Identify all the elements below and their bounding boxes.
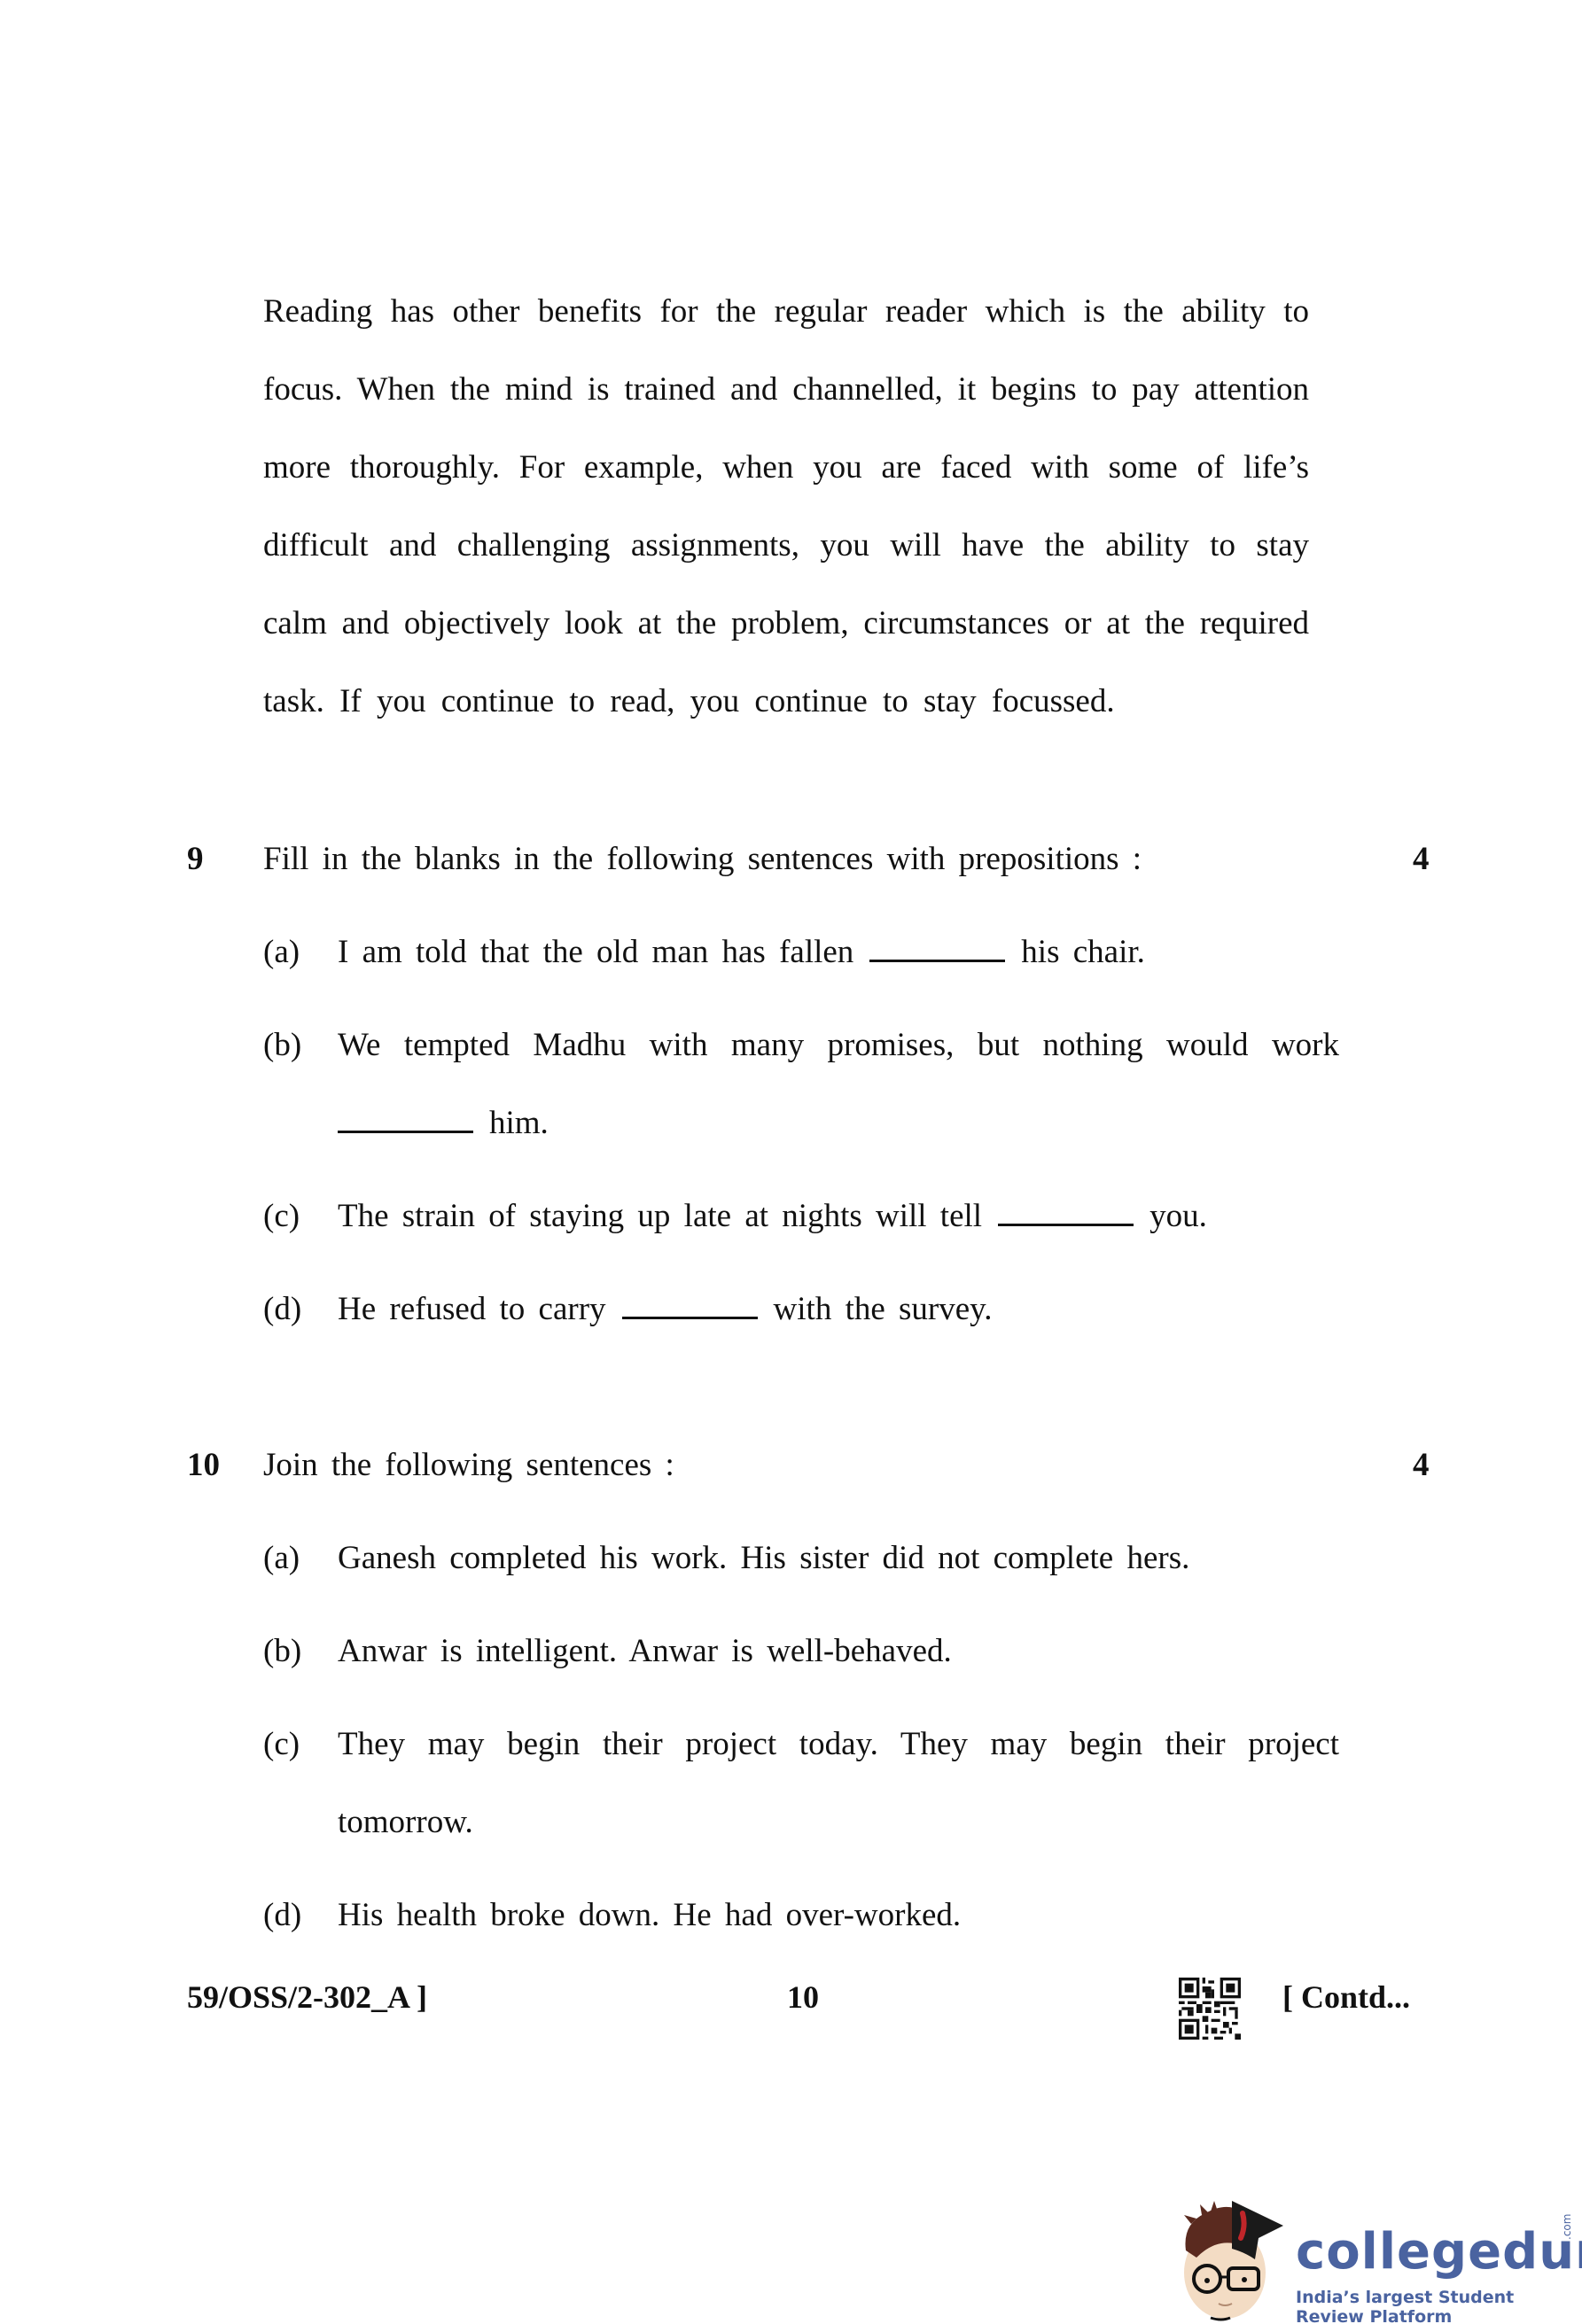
item-label: (a) <box>263 933 300 972</box>
fill-blank-item: We tempted Madhu with many promises, but… <box>338 1026 1339 1065</box>
join-sentence-item-continued: tomorrow. <box>338 1803 473 1842</box>
blank-line[interactable] <box>622 1316 758 1319</box>
item-label: (c) <box>263 1197 300 1236</box>
item-text-after: you. <box>1149 1198 1207 1234</box>
passage-line: focus. When the mind is trained and chan… <box>263 370 1309 409</box>
question-prompt: Join the following sentences : <box>263 1446 674 1485</box>
question-number: 9 <box>187 840 204 879</box>
continued-marker: [ Contd... <box>1282 1978 1410 2017</box>
paper-code: 59/OSS/2-302_A ] <box>187 1978 427 2017</box>
item-label: (d) <box>263 1290 301 1329</box>
item-text-after: him. <box>489 1105 549 1141</box>
qr-code-icon <box>1179 1978 1241 2040</box>
passage-line: difficult and challenging assignments, y… <box>263 526 1309 565</box>
item-text-after: his chair. <box>1021 934 1145 970</box>
page-number: 10 <box>787 1978 819 2017</box>
fill-blank-item: He refused to carrywith the survey. <box>338 1290 993 1329</box>
item-text-before: He refused to carry <box>338 1291 606 1327</box>
item-label: (c) <box>263 1725 300 1764</box>
blank-line[interactable] <box>338 1130 473 1133</box>
question-marks: 4 <box>1413 840 1430 879</box>
item-text-after: with the survey. <box>774 1291 993 1327</box>
join-sentence-item: Anwar is intelligent. Anwar is well-beha… <box>338 1632 952 1671</box>
fill-blank-item-continued: him. <box>338 1104 549 1143</box>
blank-line[interactable] <box>869 959 1005 962</box>
student-mascot-icon <box>1170 2188 1294 2321</box>
item-label: (d) <box>263 1896 301 1935</box>
brand-suffix: .com <box>1562 2214 1572 2240</box>
question-number: 10 <box>187 1446 220 1485</box>
brand-tagline: India’s largest Student Review Platform <box>1296 2288 1578 2324</box>
fill-blank-item: The strain of staying up late at nights … <box>338 1197 1207 1236</box>
question-prompt: Fill in the blanks in the following sent… <box>263 840 1142 879</box>
fill-blank-item: I am told that the old man has fallenhis… <box>338 933 1145 972</box>
join-sentence-item: Ganesh completed his work. His sister di… <box>338 1539 1189 1578</box>
join-sentence-item: They may begin their project today. They… <box>338 1725 1339 1764</box>
passage-line: calm and objectively look at the problem… <box>263 604 1309 643</box>
question-marks: 4 <box>1413 1446 1430 1485</box>
brand-name: collegedunia <box>1296 2226 1582 2279</box>
join-sentence-item: His health broke down. He had over-worke… <box>338 1896 961 1935</box>
item-label: (b) <box>263 1632 301 1671</box>
item-label: (a) <box>263 1539 300 1578</box>
passage-line: more thoroughly. For example, when you a… <box>263 448 1309 487</box>
item-label: (b) <box>263 1026 301 1065</box>
item-text-before: I am told that the old man has fallen <box>338 934 853 970</box>
blank-line[interactable] <box>998 1223 1134 1226</box>
passage-line: Reading has other benefits for the regul… <box>263 292 1309 331</box>
item-text-before: The strain of staying up late at nights … <box>338 1198 982 1234</box>
collegedunia-logo: collegedunia .com India’s largest Studen… <box>1161 2188 1578 2321</box>
passage-line: task. If you continue to read, you conti… <box>263 682 1115 721</box>
